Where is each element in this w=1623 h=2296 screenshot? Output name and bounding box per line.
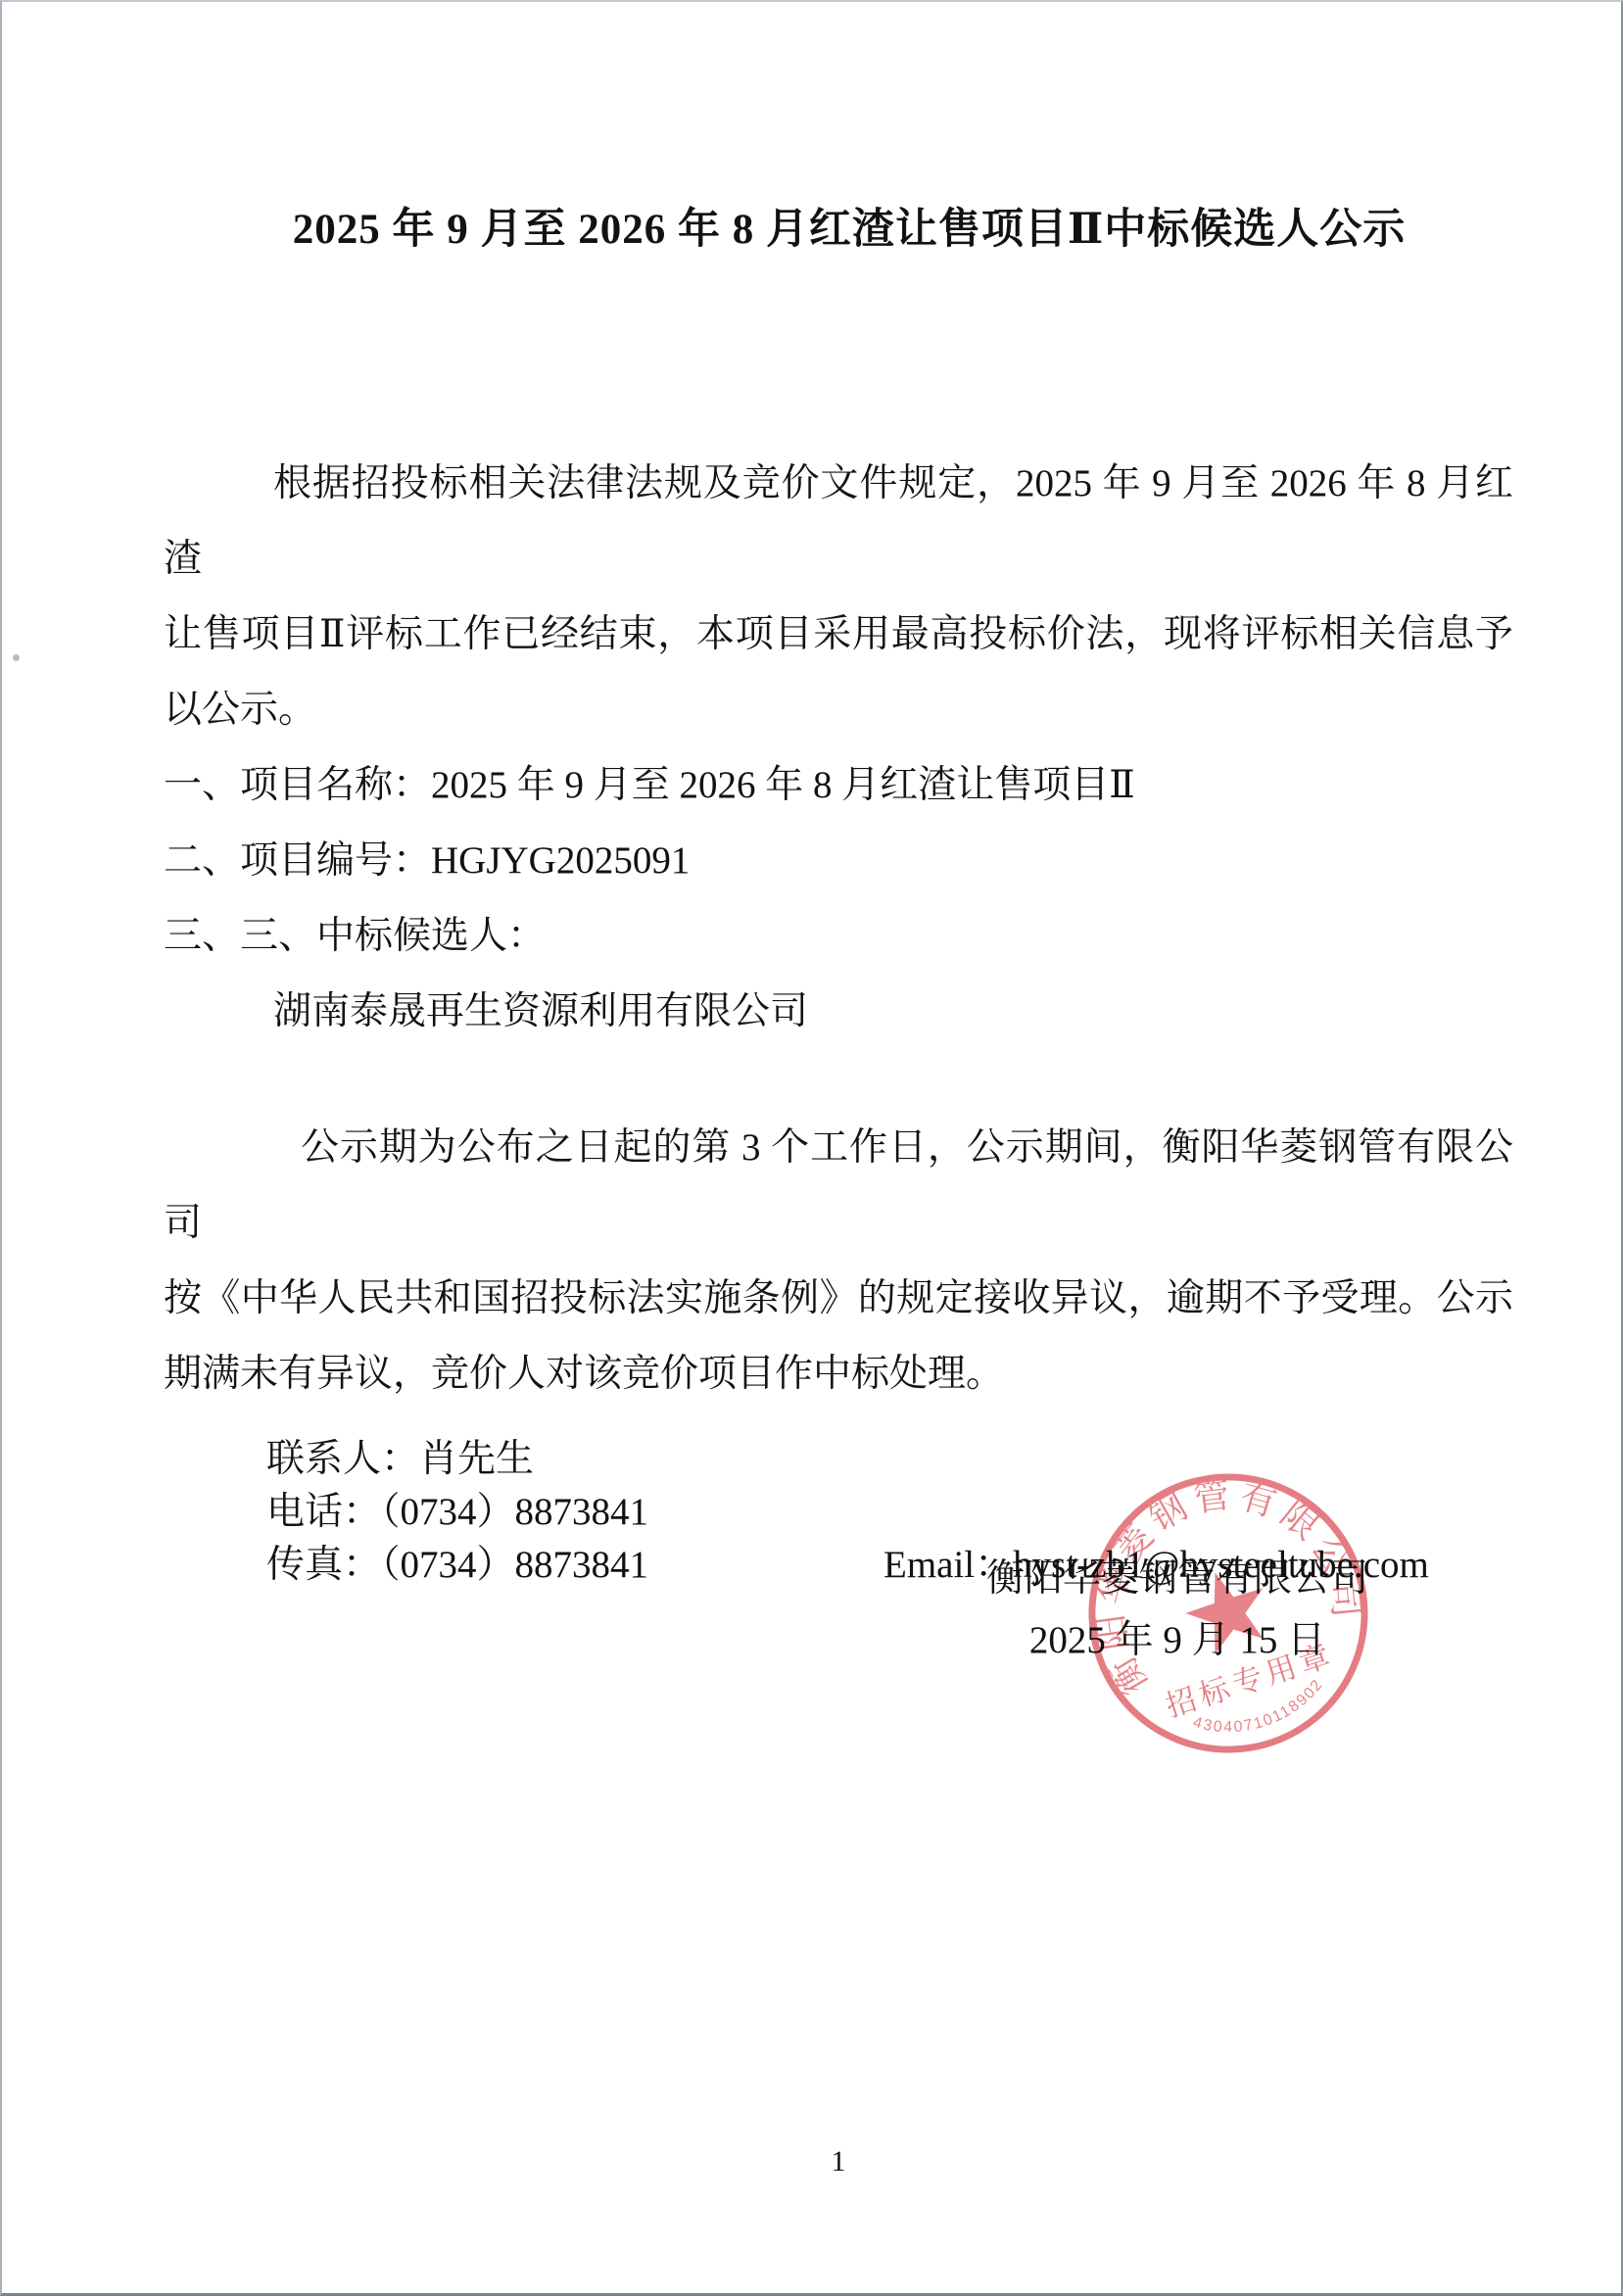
seal-serial-number: 43040710118902 xyxy=(1187,1673,1334,1752)
notice-paragraph: 公示期为公布之日起的第 3 个工作日，公示期间，衡阳华菱钢管有限公司 按《中华人… xyxy=(164,1110,1513,1411)
notice-line-1: 公示期为公布之日起的第 3 个工作日，公示期间，衡阳华菱钢管有限公司 xyxy=(164,1110,1513,1261)
page-number: 1 xyxy=(164,2145,1513,2178)
intro-line-2: 让售项目Ⅱ评标工作已经结束，本项目采用最高投标价法，现将评标相关信息予 xyxy=(164,597,1513,672)
intro-line-1: 根据招投标相关法律法规及竞价文件规定，2025 年 9 月至 2026 年 8 … xyxy=(164,446,1513,597)
signature-date: 2025 年 9 月 15 日 xyxy=(967,1609,1388,1671)
item-candidates-heading: 三、三、中标候选人： xyxy=(164,898,1513,974)
signature-company: 衡阳华菱钢管有限公司 xyxy=(967,1548,1388,1609)
document-page: 2025 年 9 月至 2026 年 8 月红渣让售项目Ⅱ中标候选人公示 根据招… xyxy=(0,0,1623,2296)
signature-block: 衡阳华菱钢管有限公司 2025 年 9 月 15 日 xyxy=(967,1548,1388,1671)
notice-line-3: 期满未有异议，竞价人对该竞价项目作中标处理。 xyxy=(164,1336,1513,1411)
contact-phone: 电话：（0734）8873841 xyxy=(164,1486,1513,1539)
item-project-number: 二、项目编号：HGJYG2025091 xyxy=(164,823,1513,898)
document-body: 根据招投标相关法律法规及竞价文件规定，2025 年 9 月至 2026 年 8 … xyxy=(164,446,1513,1592)
scan-artifact xyxy=(13,654,20,661)
notice-line-2: 按《中华人民共和国招投标法实施条例》的规定接收异议，逾期不予受理。公示 xyxy=(164,1261,1513,1336)
item-project-name: 一、项目名称：2025 年 9 月至 2026 年 8 月红渣让售项目Ⅱ xyxy=(164,747,1513,823)
contact-person: 联系人：肖先生 xyxy=(164,1433,1513,1486)
contact-fax: 传真：（0734）8873841 xyxy=(266,1544,648,1586)
candidate-company: 湖南泰晟再生资源利用有限公司 xyxy=(164,974,1513,1049)
page-title: 2025 年 9 月至 2026 年 8 月红渣让售项目Ⅱ中标候选人公示 xyxy=(164,196,1513,256)
intro-line-3: 以公示。 xyxy=(164,672,1513,747)
